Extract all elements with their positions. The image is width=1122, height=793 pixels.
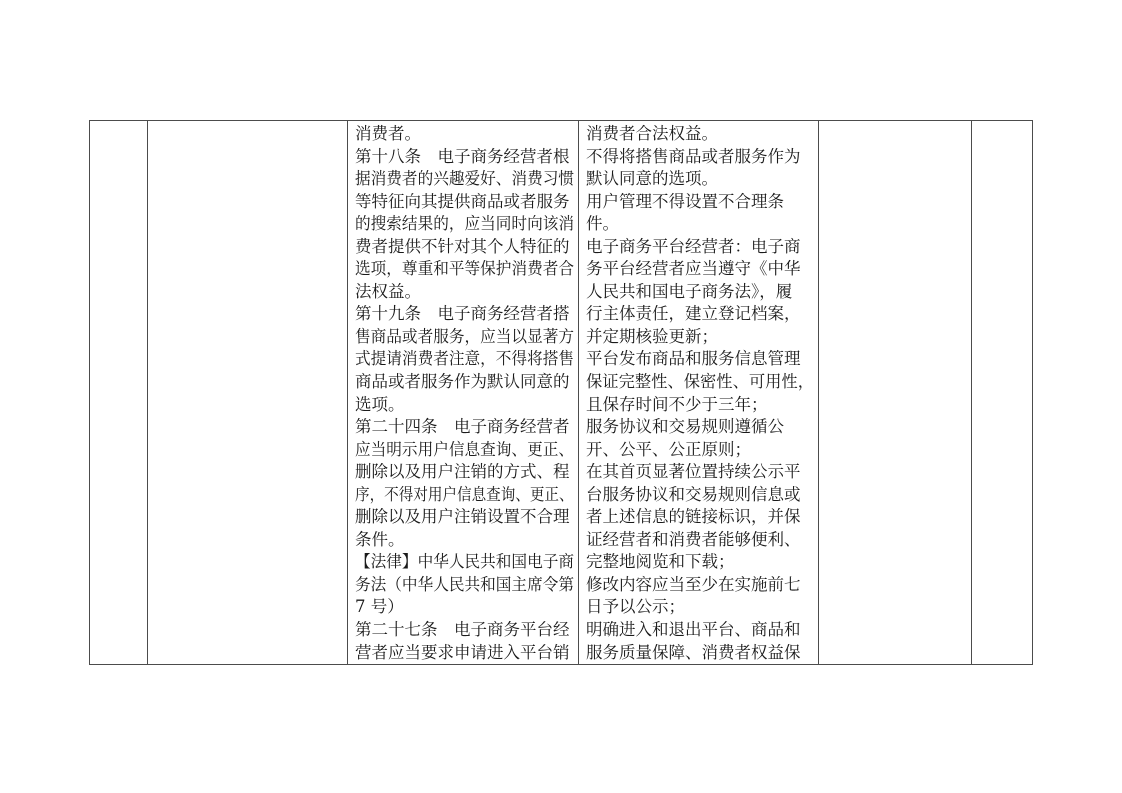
table-cell-3-law-text-left: 消费者。第十八条 电子商务经营者根据消费者的兴趣爱好、消费习惯等特征向其提供商品… <box>348 121 579 664</box>
text-line: 行主体责任，建立登记档案， <box>586 303 814 326</box>
text-line: 删除以及用户注销设置不合理 <box>355 506 574 529</box>
table-cell-2 <box>148 121 348 664</box>
text-line: 序，不得对用户信息查询、更正、 <box>355 484 548 507</box>
text-line: 营者应当要求申请进入平台销 <box>355 642 574 664</box>
text-line: 消费者。 <box>355 123 574 146</box>
text-line: 务平台经营者应当遵守《中华 <box>586 258 814 281</box>
text-line: 且保存时间不少于三年； <box>586 394 814 417</box>
table-cell-5 <box>819 121 972 664</box>
text-line: 选项，尊重和平等保护消费者合 <box>355 258 563 281</box>
text-line: 务法（中华人民共和国主席令第 <box>355 574 563 597</box>
text-line: 不得将搭售商品或者服务作为 <box>586 146 814 169</box>
text-line: 式提请消费者注意，不得将搭售 <box>355 348 563 371</box>
text-line: 费者提供不针对其个人特征的 <box>355 236 574 259</box>
text-line: 条件。 <box>355 529 574 552</box>
text-line: 保证完整性、保密性、可用性， <box>586 371 811 394</box>
text-line: 消费者合法权益。 <box>586 123 814 146</box>
text-line: 并定期核验更新； <box>586 326 814 349</box>
text-line: 【法律】中华人民共和国电子商 <box>355 551 563 574</box>
text-line: 删除以及用户注销的方式、程 <box>355 461 574 484</box>
text-line: 平台发布商品和服务信息管理 <box>586 348 814 371</box>
text-line: 证经营者和消费者能够便利、 <box>586 529 814 552</box>
text-line: 售商品或者服务，应当以显著方 <box>355 326 563 349</box>
legal-text-table: 消费者。第十八条 电子商务经营者根据消费者的兴趣爱好、消费习惯等特征向其提供商品… <box>89 120 1033 665</box>
table-cell-6 <box>972 121 1032 664</box>
table-cell-4-law-text-right: 消费者合法权益。不得将搭售商品或者服务作为默认同意的选项。用户管理不得设置不合理… <box>579 121 819 664</box>
text-line: 服务质量保障、消费者权益保 <box>586 642 814 664</box>
text-line: 默认同意的选项。 <box>586 168 814 191</box>
text-line: 台服务协议和交易规则信息或 <box>586 484 814 507</box>
text-line: 等特征向其提供商品或者服务 <box>355 191 574 214</box>
text-line: 者上述信息的链接标识，并保 <box>586 506 814 529</box>
text-line: 用户管理不得设置不合理条 <box>586 191 814 214</box>
text-line: 选项。 <box>355 394 574 417</box>
text-line: 完整地阅览和下载； <box>586 551 814 574</box>
text-line: 开、公平、公正原则； <box>586 439 814 462</box>
text-line: 第二十七条 电子商务平台经 <box>355 619 574 642</box>
text-line: 件。 <box>586 213 814 236</box>
text-line: 据消费者的兴趣爱好、消费习惯 <box>355 168 563 191</box>
text-line: 第二十四条 电子商务经营者 <box>355 416 574 439</box>
text-line: 应当明示用户信息查询、更正、 <box>355 439 563 462</box>
document-page: 消费者。第十八条 电子商务经营者根据消费者的兴趣爱好、消费习惯等特征向其提供商品… <box>0 0 1122 793</box>
text-line: 日予以公示； <box>586 596 814 619</box>
text-line: 第十八条 电子商务经营者根 <box>355 146 574 169</box>
text-line: 第十九条 电子商务经营者搭 <box>355 303 574 326</box>
text-line: 明确进入和退出平台、商品和 <box>586 619 814 642</box>
text-line: 7 号） <box>355 596 574 619</box>
table-cell-1 <box>90 121 148 664</box>
text-line: 服务协议和交易规则遵循公 <box>586 416 814 439</box>
text-line: 在其首页显著位置持续公示平 <box>586 461 814 484</box>
text-line: 商品或者服务作为默认同意的 <box>355 371 574 394</box>
text-line: 的搜索结果的，应当同时向该消 <box>355 213 563 236</box>
text-line: 电子商务平台经营者：电子商 <box>586 236 814 259</box>
text-line: 修改内容应当至少在实施前七 <box>586 574 814 597</box>
text-line: 人民共和国电子商务法》，履 <box>586 281 814 304</box>
text-line: 法权益。 <box>355 281 574 304</box>
